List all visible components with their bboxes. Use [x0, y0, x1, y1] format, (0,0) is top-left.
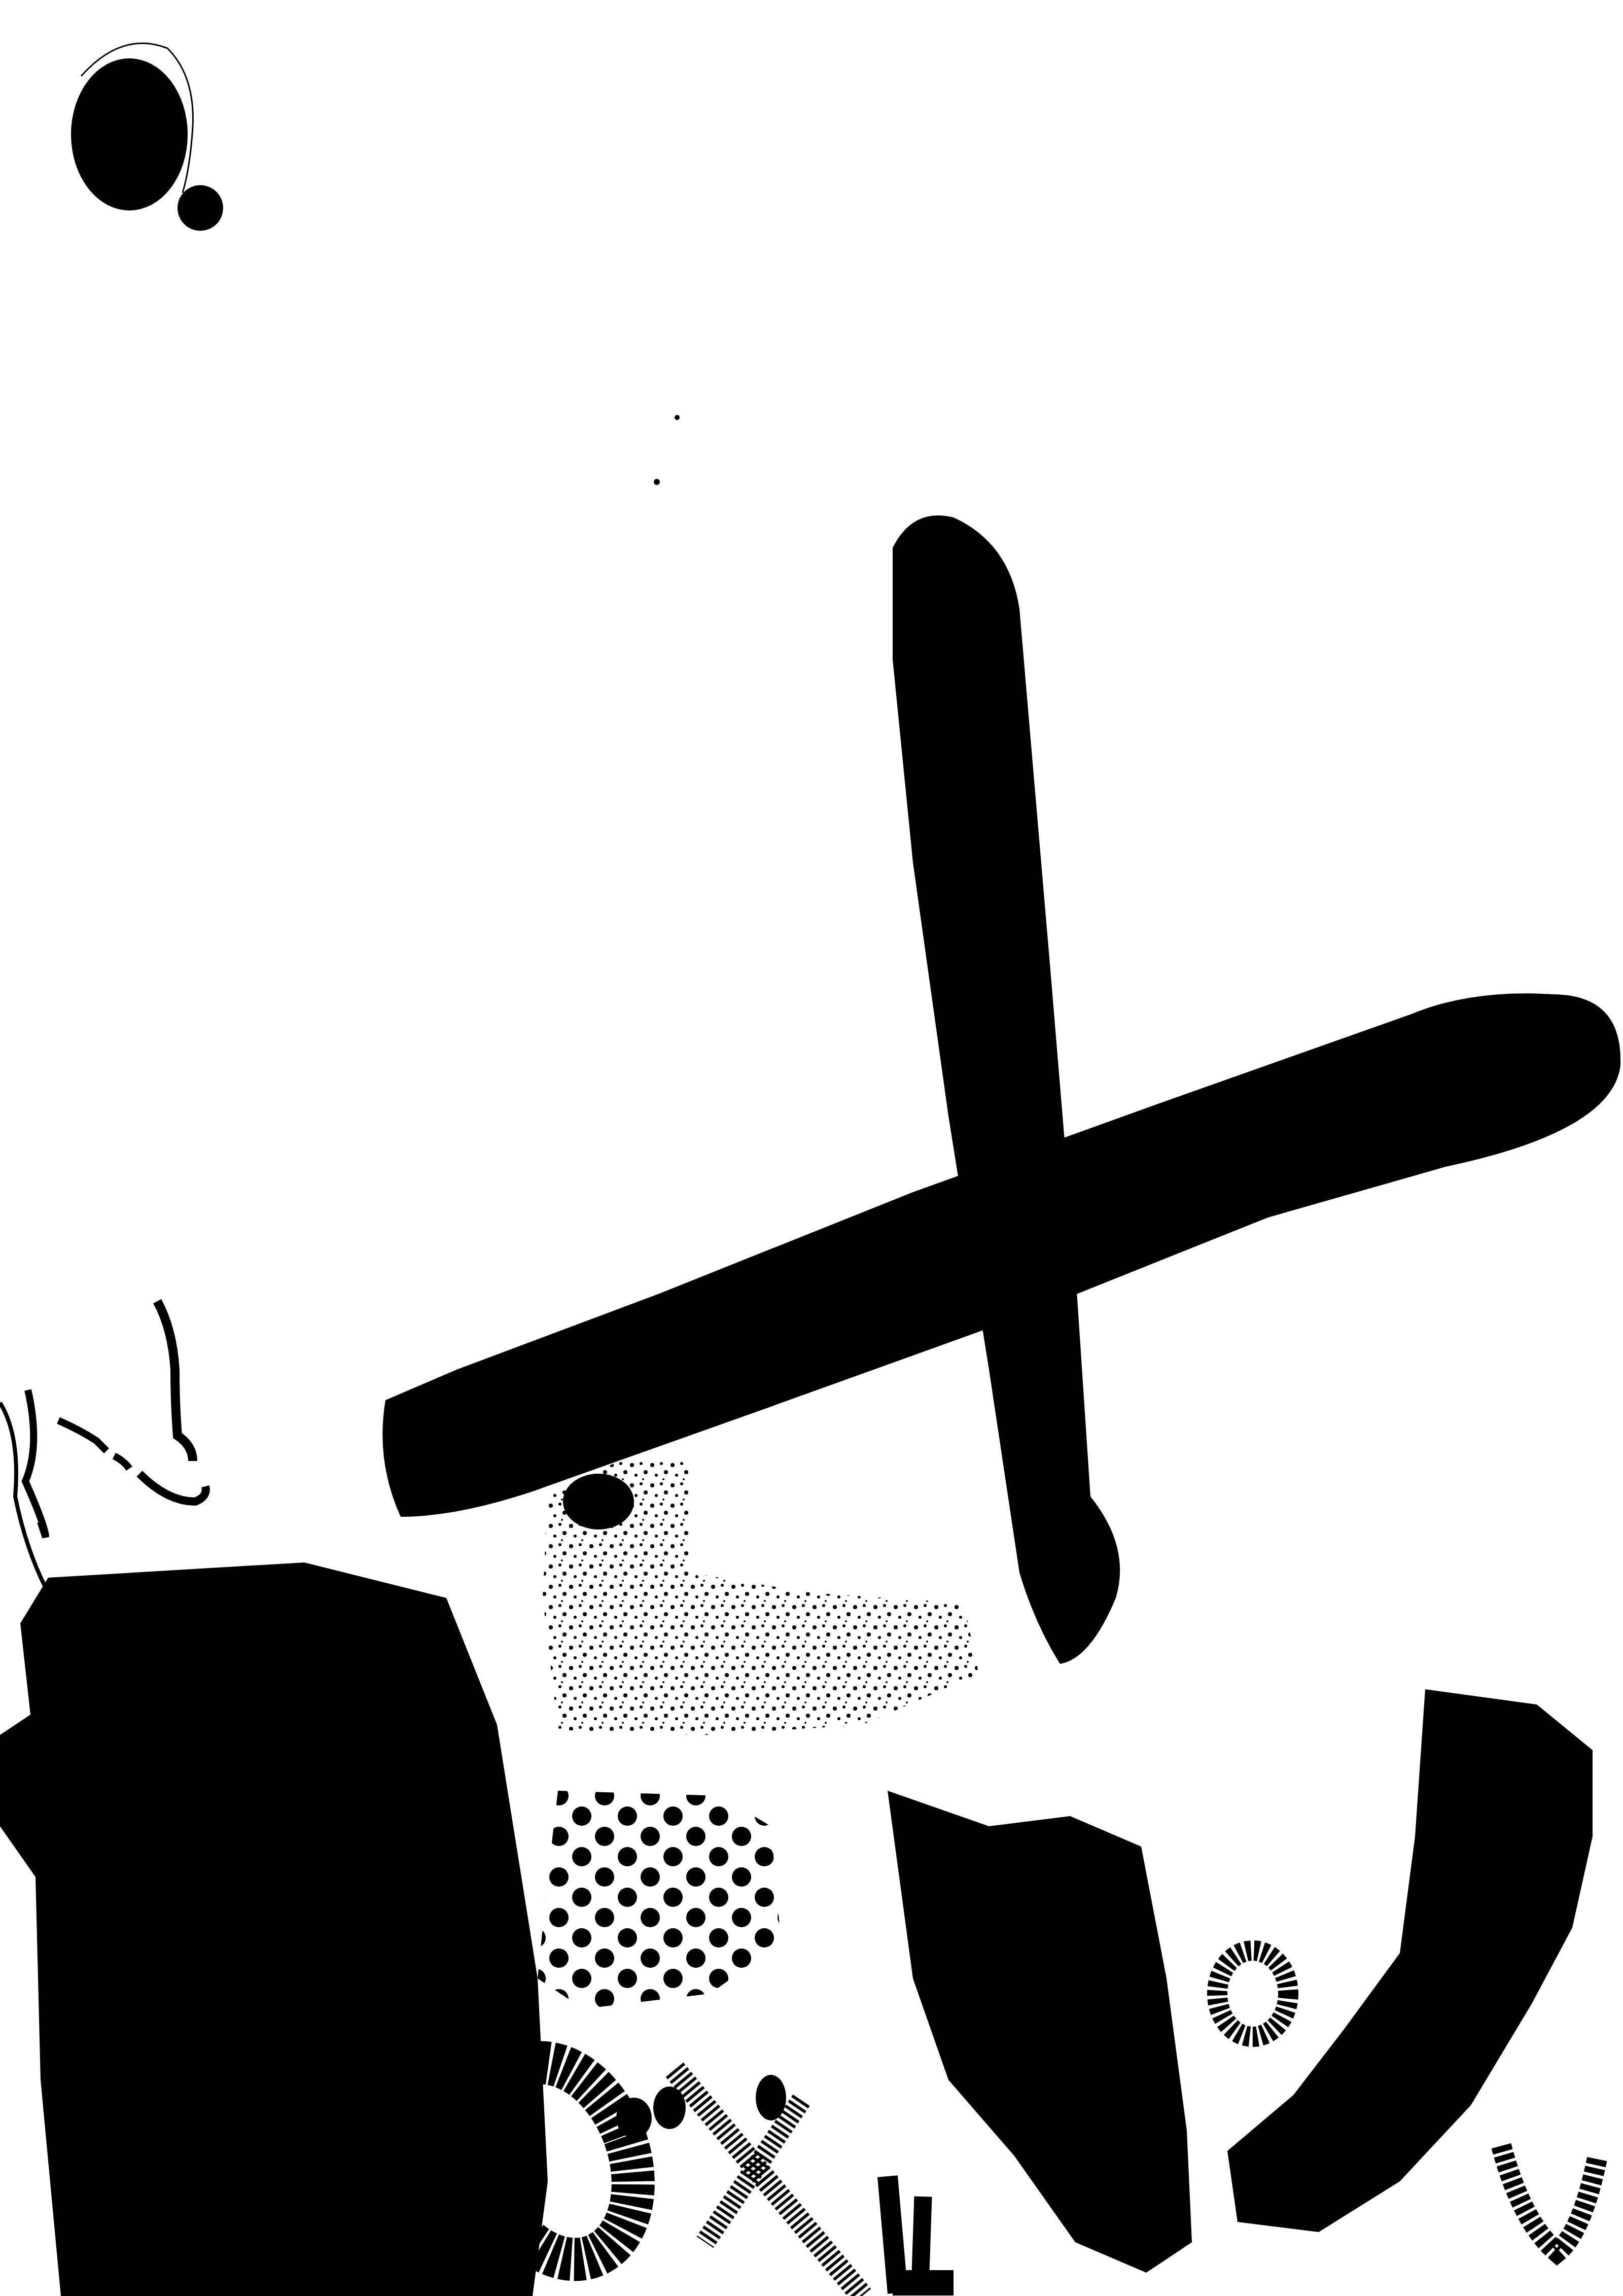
bottom-center-dark-shape — [888, 1791, 1192, 2273]
bottom-right-v-mark — [1501, 2146, 1598, 2252]
speck — [654, 479, 660, 485]
cross-vertical-stroke — [893, 515, 1120, 1664]
l-shape-mark — [888, 2176, 954, 2293]
top-left-blob — [71, 43, 223, 231]
x-mark — [616, 2070, 862, 2296]
artwork-canvas — [0, 0, 1623, 2296]
large-left-dark-mass — [0, 1562, 548, 2296]
speck — [675, 415, 680, 420]
bubble-wrap-print — [538, 1791, 781, 2009]
left-calligraphic-strokes — [0, 1301, 206, 1588]
small-ring-mark — [1217, 1951, 1288, 2037]
speckled-patch-dark-spot — [563, 1474, 634, 1529]
